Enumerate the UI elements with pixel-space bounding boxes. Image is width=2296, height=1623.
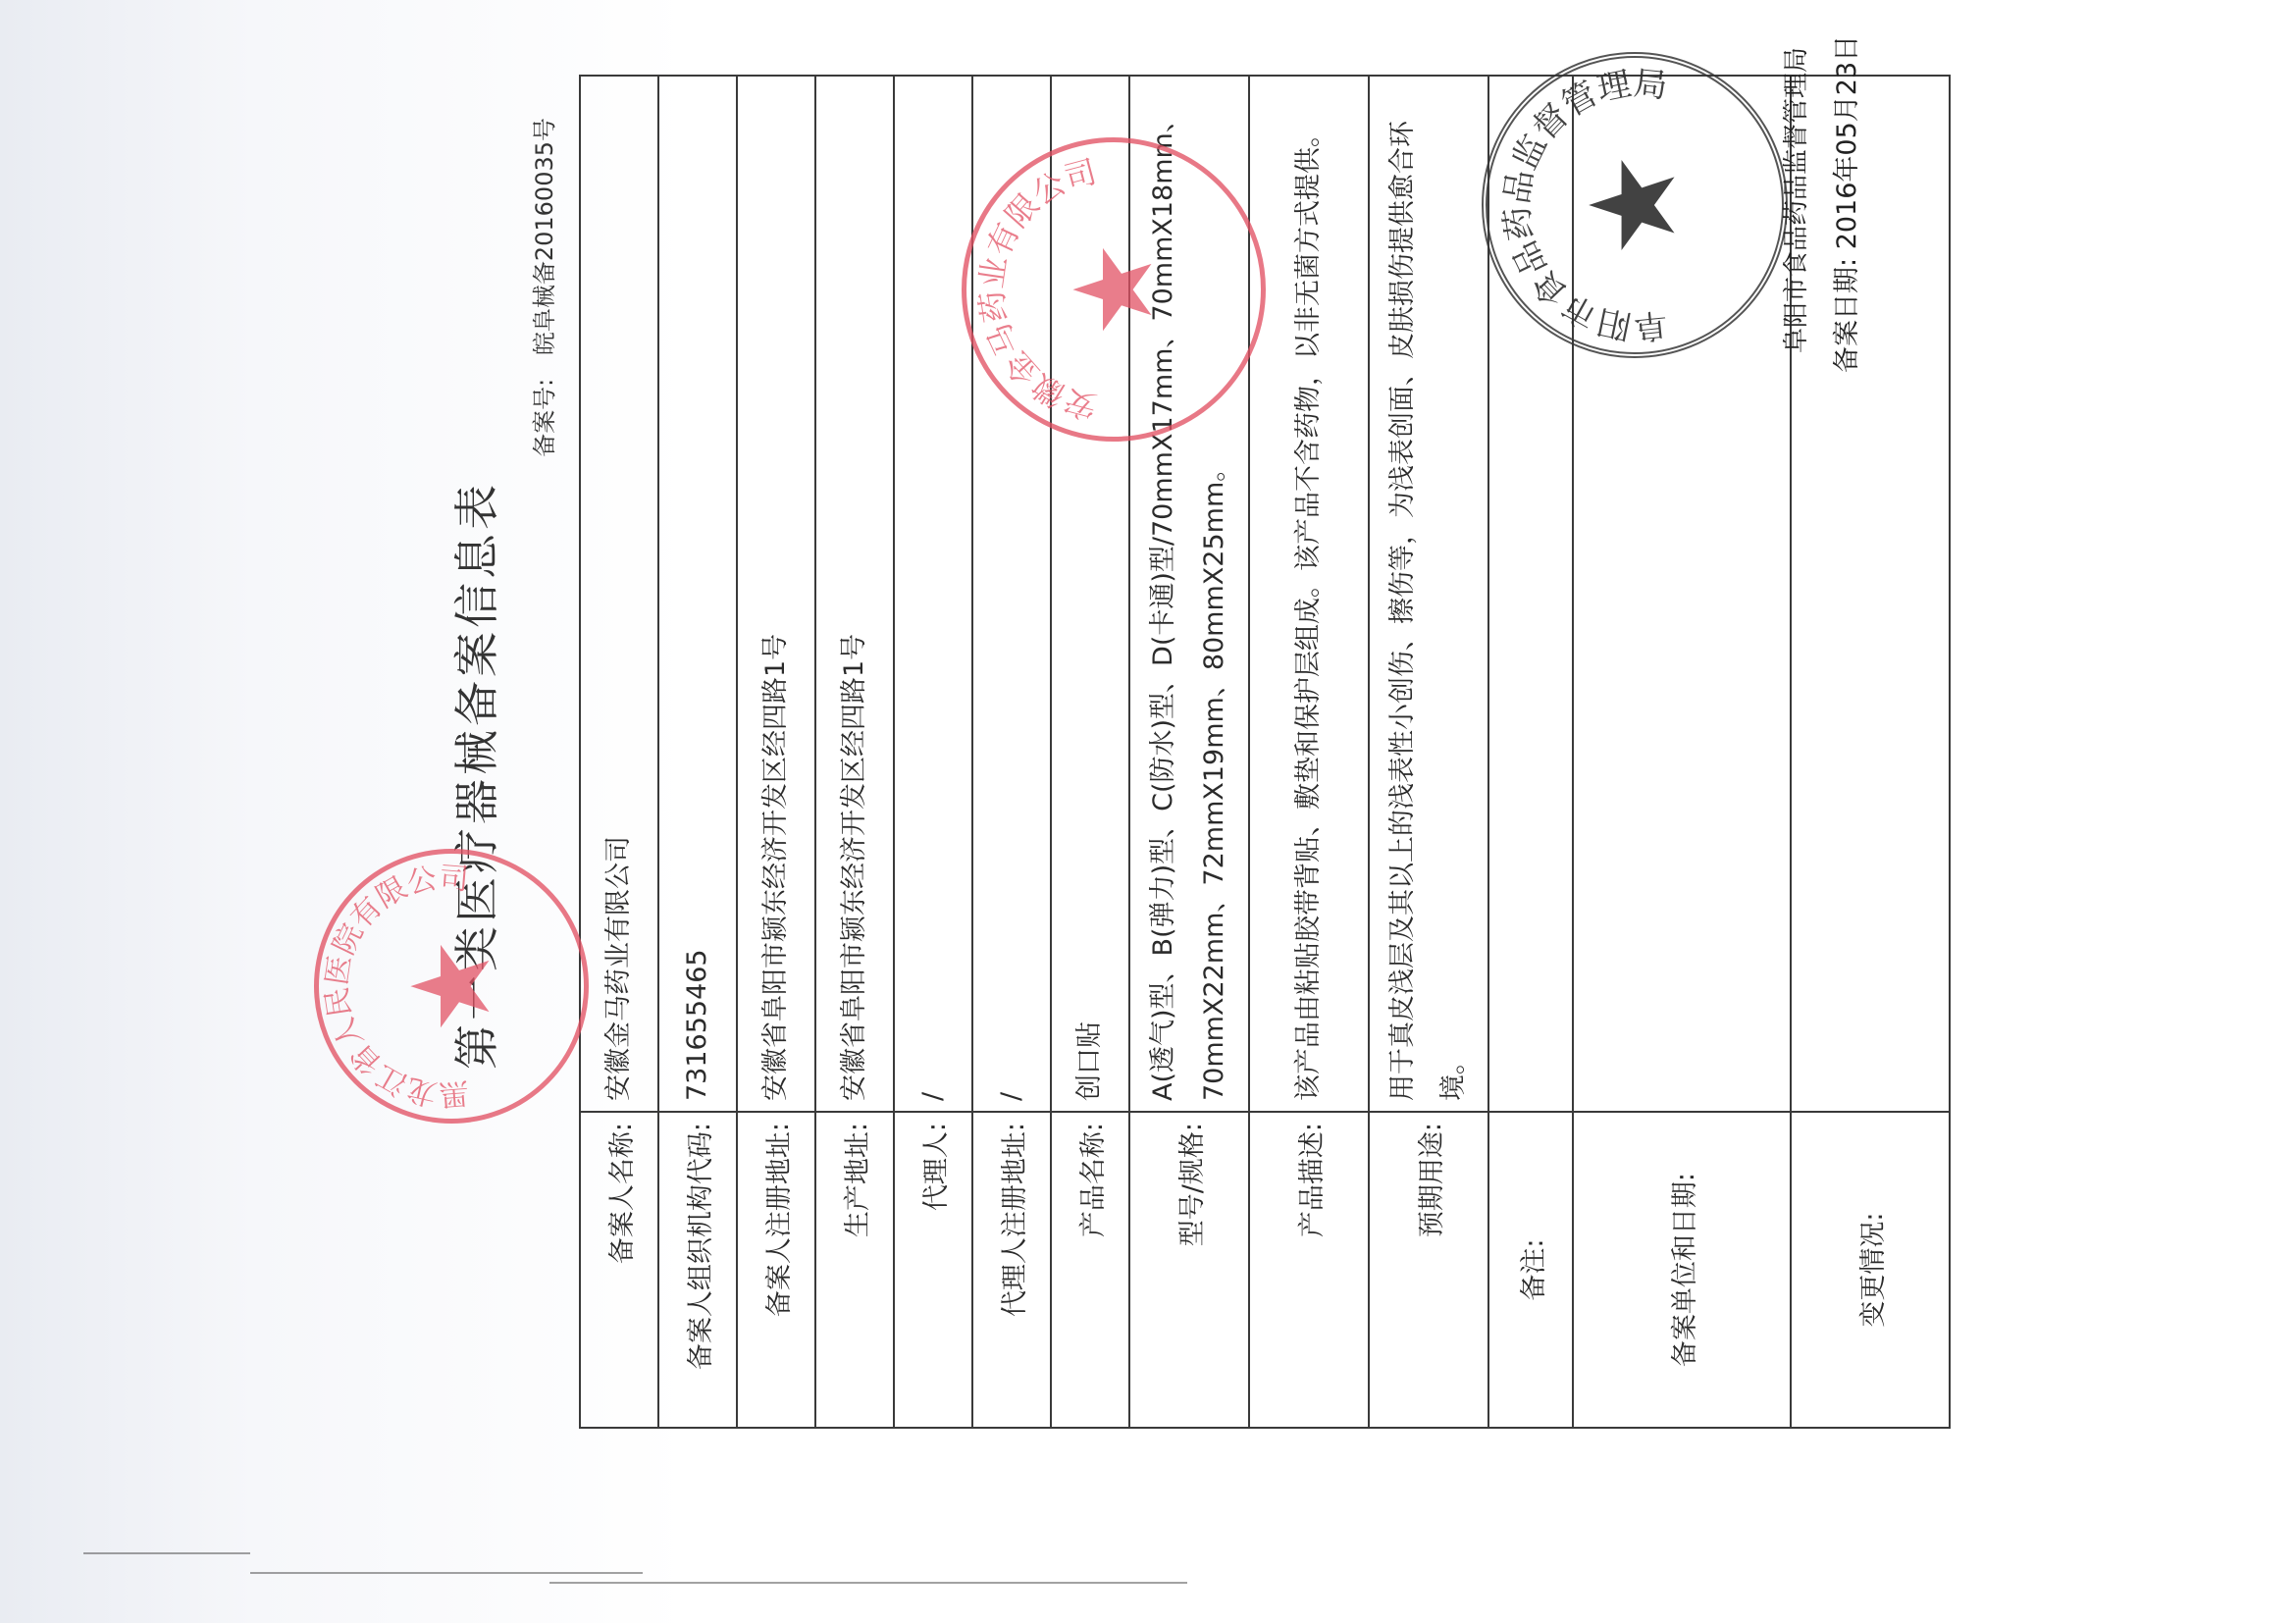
field-label: 型号/规格: (1129, 1112, 1249, 1428)
field-value-line: 安徽省阜阳市颍东经济开发区经四路1号 (829, 86, 880, 1101)
table-row: 产品描述:该产品由粘贴胶带背贴、敷垫和保护层组成。该产品不含药物，以非无菌方式提… (1249, 76, 1369, 1428)
field-value: 用于真皮浅层及其以上的浅表性小创伤、擦伤等，为浅表创面、皮肤损伤提供愈合环境。 (1369, 76, 1488, 1112)
table-row: 代理人注册地址:/ (972, 76, 1051, 1428)
field-label: 备案人注册地址: (737, 1112, 815, 1428)
field-value: 安徽省阜阳市颍东经济开发区经四路1号 (815, 76, 894, 1112)
filing-authority: 阜阳市食品药品监督管理局 (1776, 47, 1812, 353)
field-label: 备案人名称: (580, 1112, 658, 1428)
field-value: 创口贴 (1051, 76, 1129, 1112)
scan-artifact-line (83, 1552, 250, 1554)
scan-artifact-line (549, 1582, 1187, 1584)
filing-date-value: 2016年05月23日 (1832, 35, 1862, 249)
field-value-line: 70mmX22mm、72mmX19mm、80mmX25mm。 (1189, 86, 1240, 1101)
table-row: 预期用途:用于真皮浅层及其以上的浅表性小创伤、擦伤等，为浅表创面、皮肤损伤提供愈… (1369, 76, 1488, 1428)
table-row: 产品名称:创口贴 (1051, 76, 1129, 1428)
scan-artifact-line (250, 1572, 643, 1574)
table-row: 备案人名称:安徽金马药业有限公司 (580, 76, 658, 1428)
field-label: 代理人: (894, 1112, 972, 1428)
document-title: 第一类医疗器械备案信息表 (442, 39, 506, 1511)
field-value-line: 731655465 (672, 86, 723, 1101)
table-row: 备案人注册地址:安徽省阜阳市颍东经济开发区经四路1号 (737, 76, 815, 1428)
field-value: 该产品由粘贴胶带背贴、敷垫和保护层组成。该产品不含药物，以非无菌方式提供。 (1249, 76, 1369, 1112)
field-value: A(透气)型、B(弹力)型、C(防水)型、D(卡通)型/70mmX17mm、70… (1129, 76, 1249, 1112)
filing-date: 备案日期: 2016年05月23日 (1825, 35, 1863, 373)
record-number-value: 皖阜械备20160035号 (531, 118, 558, 355)
filing-document: 第一类医疗器械备案信息表 备案号: 皖阜械备20160035号 备案人名称:安徽… (167, 39, 1992, 1511)
field-label: 备案人组织机构代码: (658, 1112, 737, 1428)
field-value: 731655465 (658, 76, 737, 1112)
record-number: 备案号: 皖阜械备20160035号 (525, 118, 559, 457)
field-value: 安徽省阜阳市颍东经济开发区经四路1号 (737, 76, 815, 1112)
table-row: 代理人:/ (894, 76, 972, 1428)
field-value: / (894, 76, 972, 1112)
field-value-line: 用于真皮浅层及其以上的浅表性小创伤、擦伤等，为浅表创面、皮肤损伤提供愈合环境。 (1378, 86, 1480, 1101)
field-value-line: A(透气)型、B(弹力)型、C(防水)型、D(卡通)型/70mmX17mm、70… (1138, 86, 1189, 1101)
field-value-line: / (908, 86, 959, 1101)
table-row: 生产地址:安徽省阜阳市颍东经济开发区经四路1号 (815, 76, 894, 1428)
filing-date-label: 备案日期: (1832, 258, 1862, 373)
field-label: 预期用途: (1369, 1112, 1488, 1428)
table-row: 备注: (1488, 76, 1573, 1428)
field-label: 产品描述: (1249, 1112, 1369, 1428)
table-row: 备案人组织机构代码:731655465 (658, 76, 737, 1428)
field-label: 产品名称: (1051, 1112, 1129, 1428)
field-value-line: 安徽金马药业有限公司 (594, 86, 645, 1101)
field-value (1488, 76, 1573, 1112)
table-row: 变更情况: (1791, 76, 1950, 1428)
field-label: 备注: (1488, 1112, 1573, 1428)
field-label: 代理人注册地址: (972, 1112, 1051, 1428)
field-label: 变更情况: (1791, 1112, 1950, 1428)
filing-info-table: 备案人名称:安徽金马药业有限公司备案人组织机构代码:731655465备案人注册… (579, 75, 1951, 1429)
field-value-line: / (986, 86, 1037, 1101)
field-label: 备案单位和日期: (1573, 1112, 1791, 1428)
field-value (1791, 76, 1950, 1112)
field-value: / (972, 76, 1051, 1112)
table-row: 备案单位和日期: (1573, 76, 1791, 1428)
field-value: 安徽金马药业有限公司 (580, 76, 658, 1112)
field-value-line: 创口贴 (1065, 86, 1116, 1101)
field-label: 生产地址: (815, 1112, 894, 1428)
field-value-line: 安徽省阜阳市颍东经济开发区经四路1号 (751, 86, 802, 1101)
field-value-line: 该产品由粘贴胶带背贴、敷垫和保护层组成。该产品不含药物，以非无菌方式提供。 (1283, 86, 1334, 1101)
record-number-label: 备案号: (531, 379, 558, 457)
table-row: 型号/规格:A(透气)型、B(弹力)型、C(防水)型、D(卡通)型/70mmX1… (1129, 76, 1249, 1428)
field-value (1573, 76, 1791, 1112)
